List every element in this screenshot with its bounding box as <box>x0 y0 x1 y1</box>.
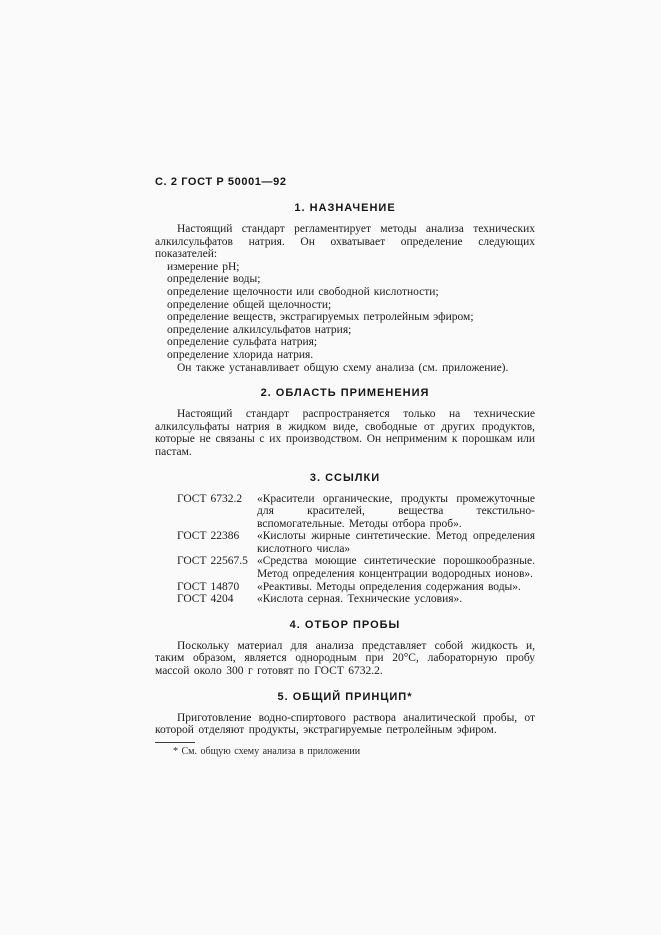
reference-title: «Красители органические, продукты промеж… <box>257 493 535 531</box>
list-item: определение веществ, экстрагируемых петр… <box>167 311 535 324</box>
section-4-paragraph: Поскольку материал для анализа представл… <box>155 640 535 678</box>
footnote-separator <box>155 742 195 743</box>
document-page: С. 2 ГОСТ Р 50001—92 1. НАЗНАЧЕНИЕ Насто… <box>0 0 661 935</box>
footnote-text: * См. общую схему анализа в приложении <box>173 746 535 757</box>
reference-code: ГОСТ 22567.5 <box>177 555 257 580</box>
section-1-outro: Он также устанавливает общую схему анали… <box>155 362 535 375</box>
reference-row: ГОСТ 6732.2 «Красители органические, про… <box>177 493 535 531</box>
reference-row: ГОСТ 22386 «Кислоты жирные синтетические… <box>177 530 535 555</box>
section-4-heading: 4. ОТБОР ПРОБЫ <box>155 619 535 631</box>
reference-row: ГОСТ 14870 «Реактивы. Методы определения… <box>177 581 535 594</box>
section-1-intro: Настоящий стандарт регламентирует методы… <box>155 223 535 261</box>
section-3-heading: 3. ССЫЛКИ <box>155 472 535 484</box>
list-item: определение общей щелочности; <box>167 299 535 312</box>
text-block: С. 2 ГОСТ Р 50001—92 1. НАЗНАЧЕНИЕ Насто… <box>155 176 535 757</box>
reference-code: ГОСТ 4204 <box>177 593 257 606</box>
reference-code: ГОСТ 6732.2 <box>177 493 257 531</box>
reference-title: «Кислоты жирные синтетические. Метод опр… <box>257 530 535 555</box>
list-item: определение хлорида натрия. <box>167 349 535 362</box>
list-item: измерение pH; <box>167 261 535 274</box>
list-item: определение воды; <box>167 273 535 286</box>
reference-row: ГОСТ 4204 «Кислота серная. Технические у… <box>177 593 535 606</box>
reference-code: ГОСТ 22386 <box>177 530 257 555</box>
reference-row: ГОСТ 22567.5 «Средства моющие синтетичес… <box>177 555 535 580</box>
reference-title: «Реактивы. Методы определения содержания… <box>257 581 535 594</box>
reference-title: «Средства моющие синтетические порошкооб… <box>257 555 535 580</box>
section-1-heading: 1. НАЗНАЧЕНИЕ <box>155 202 535 214</box>
list-item: определение алкилсульфатов натрия; <box>167 324 535 337</box>
section-5-paragraph: Приготовление водно-спиртового раствора … <box>155 712 535 737</box>
section-2-heading: 2. ОБЛАСТЬ ПРИМЕНЕНИЯ <box>155 387 535 399</box>
reference-code: ГОСТ 14870 <box>177 581 257 594</box>
reference-title: «Кислота серная. Технические условия». <box>257 593 535 606</box>
list-item: определение щелочности или свободной кис… <box>167 286 535 299</box>
page-header: С. 2 ГОСТ Р 50001—92 <box>155 176 535 188</box>
list-item: определение сульфата натрия; <box>167 336 535 349</box>
section-5-heading: 5. ОБЩИЙ ПРИНЦИП* <box>155 691 535 703</box>
section-2-paragraph: Настоящий стандарт распространяется толь… <box>155 408 535 458</box>
